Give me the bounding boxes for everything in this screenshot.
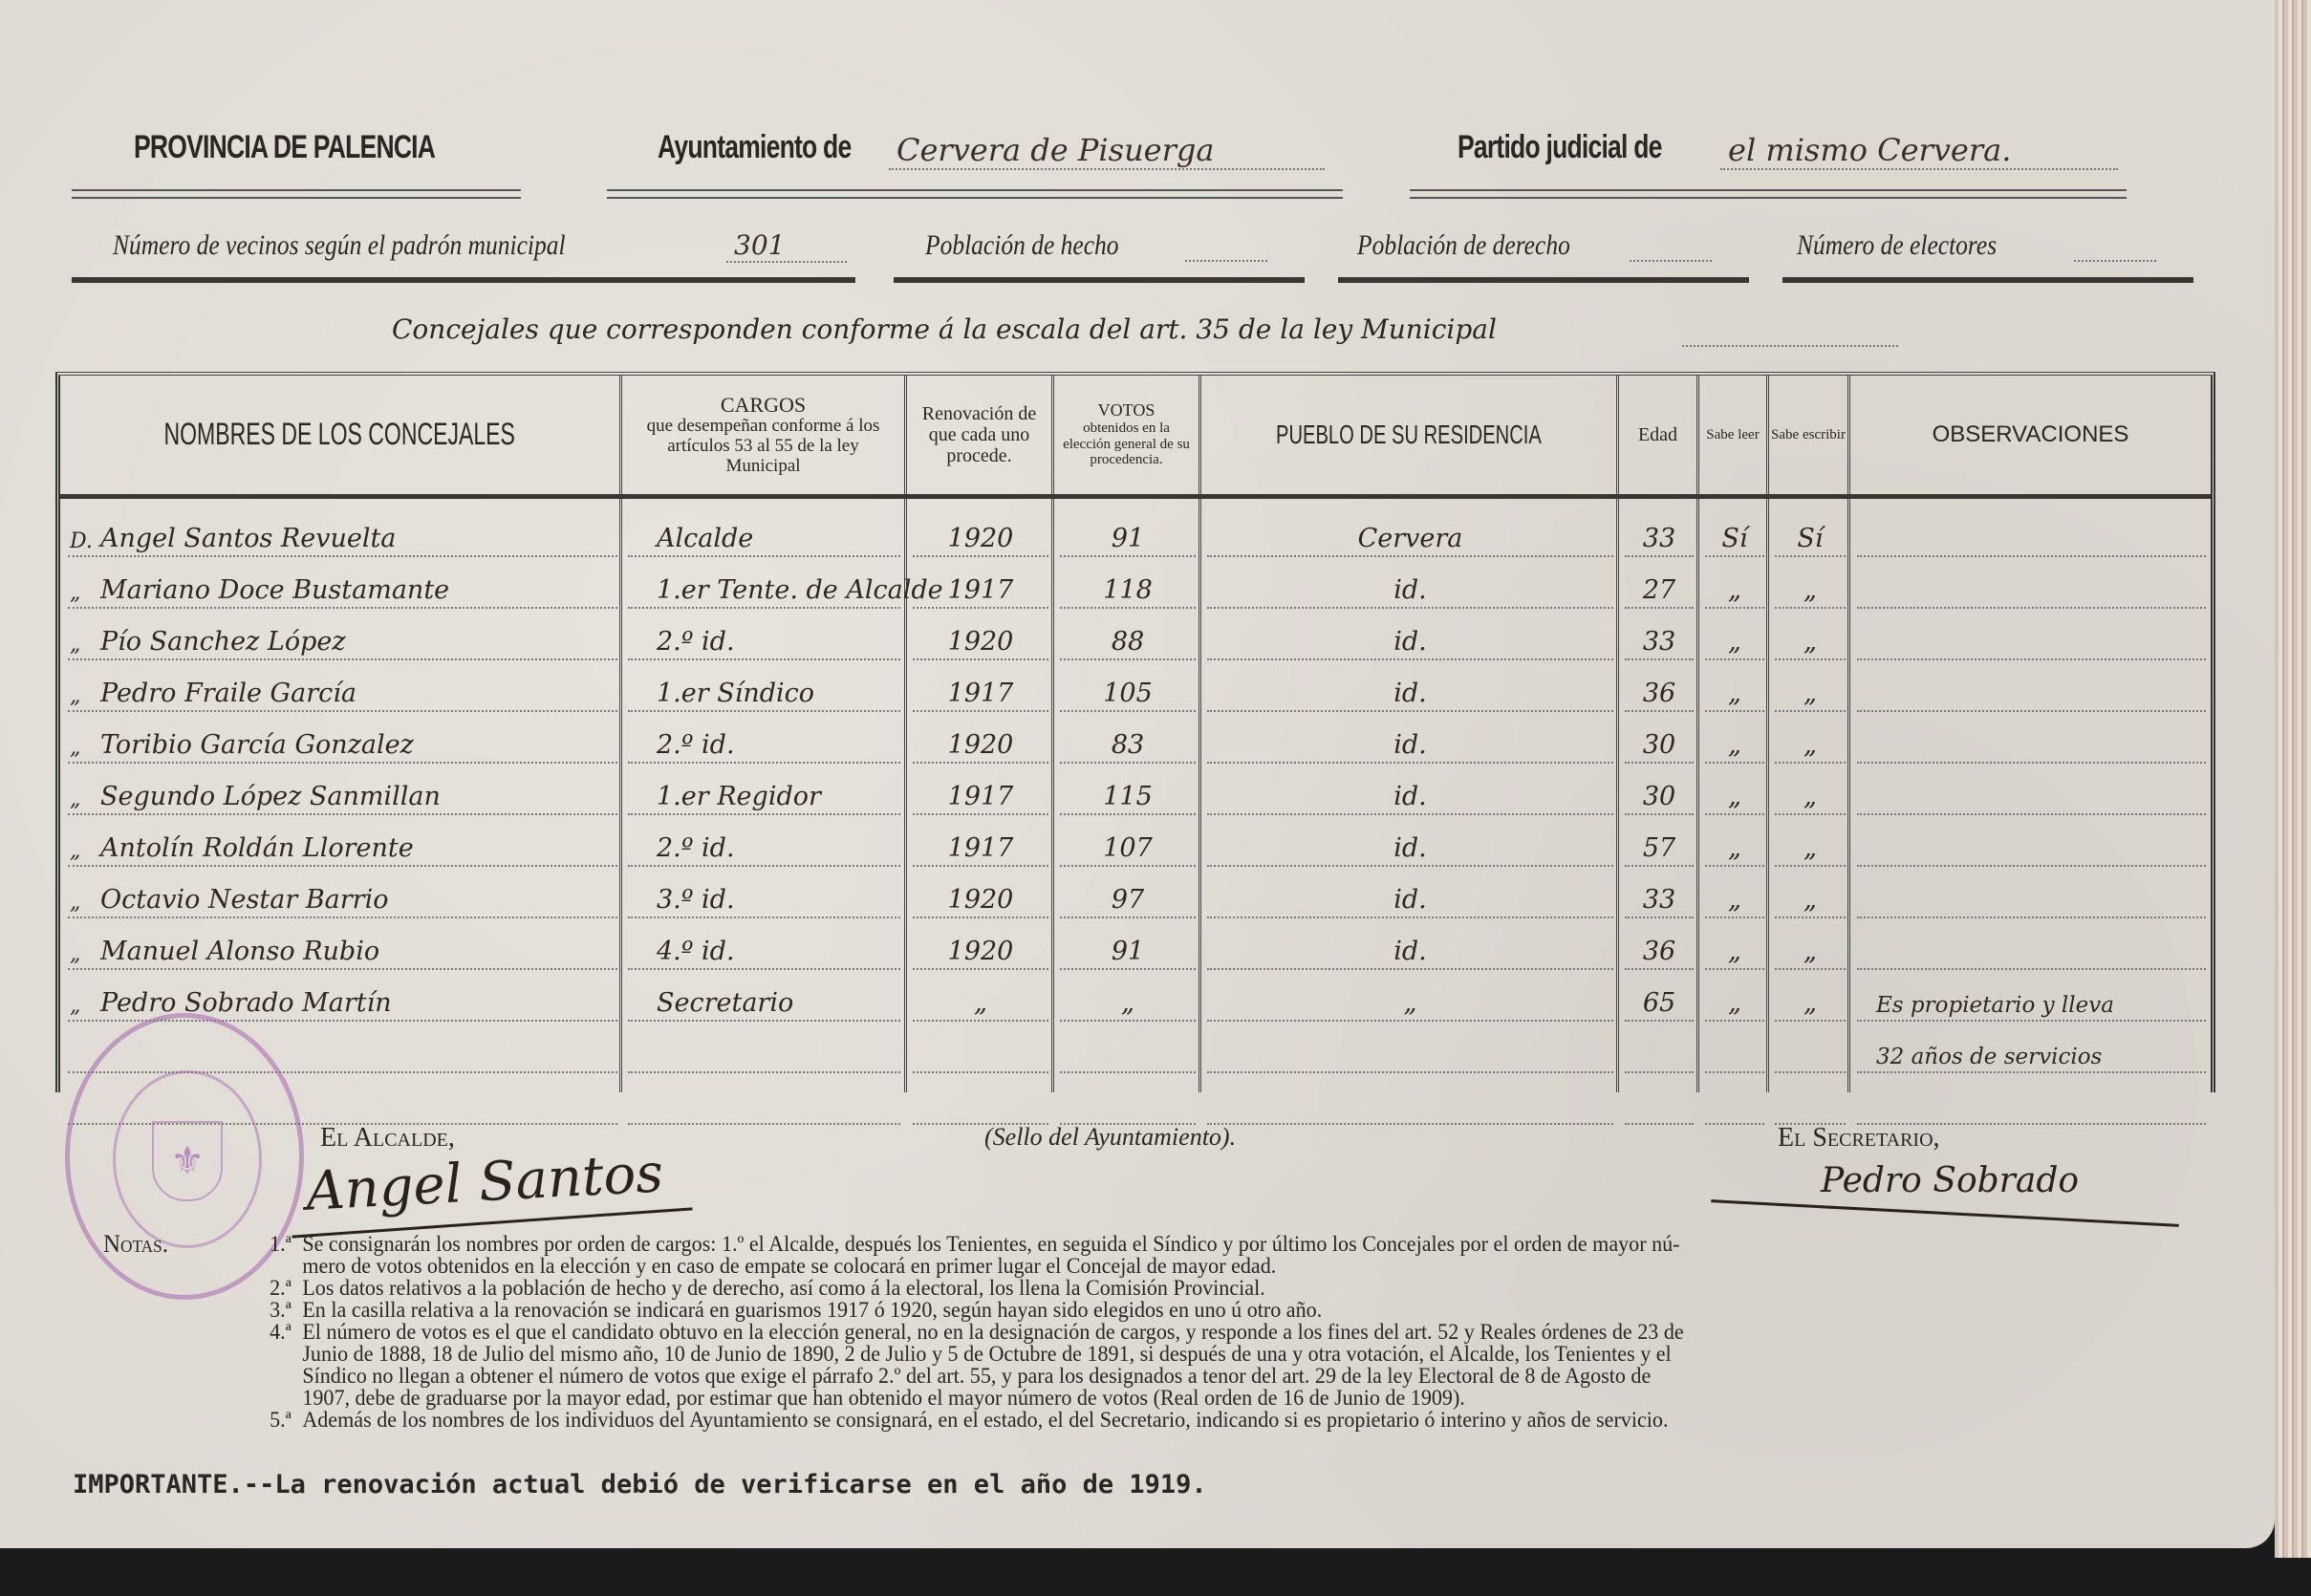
dotted-rule: [1857, 968, 2206, 970]
note-line: 5.ªAdemás de los nombres de los individu…: [103, 1409, 2122, 1431]
cell-leer: „: [1705, 937, 1764, 966]
header-sabe-leer: Sabe leer: [1699, 376, 1766, 494]
note-line: 2.ªLos datos relativos a la población de…: [103, 1277, 2122, 1299]
table-row: „Toribio García Gonzalez2.º id.192083id.…: [60, 716, 2211, 767]
dotted-rule: [628, 813, 900, 815]
dotted-rule: [1775, 607, 1846, 609]
table-row: „Mariano Doce Bustamante1.er Tente. de A…: [60, 561, 2211, 613]
dotted-rule: [913, 865, 1048, 867]
name-prefix: „: [70, 787, 80, 811]
poblacion-hecho-value: [1185, 250, 1267, 262]
cell-escribir: Sí: [1775, 524, 1846, 553]
cell-nombre: Octavio Nestar Barrio: [100, 885, 388, 915]
note-number: 3.ª: [227, 1299, 303, 1321]
cell-cargo: Alcalde: [657, 524, 753, 553]
dotted-rule: [913, 917, 1048, 918]
name-prefix: „: [70, 633, 80, 657]
cell-leer: „: [1705, 730, 1764, 760]
partido-judicial-value: el mismo Cervera.: [1720, 132, 2118, 170]
concejales-table: NOMBRES DE LOS CONCEJALES CARGOS que des…: [55, 372, 2215, 1092]
note-text: Los datos relativos a la población de he…: [302, 1277, 2122, 1299]
dotted-rule: [1060, 968, 1196, 970]
cell-escribir: „: [1775, 575, 1846, 605]
header-label: Renovación de que cada uno procede.: [907, 403, 1051, 466]
cell-edad: 36: [1625, 679, 1694, 708]
cell-cargo: 2.º id.: [657, 627, 735, 657]
alcalde-signature: Angel Santos: [305, 1142, 665, 1222]
cell-escribir: „: [1775, 885, 1846, 915]
dotted-rule: [1775, 555, 1846, 557]
electores-label: Número de electores: [1797, 229, 1997, 262]
header-label: obtenidos en la elección general de su p…: [1054, 421, 1199, 468]
cell-observaciones: 32 años de servicios: [1876, 1045, 2102, 1069]
dotted-rule: [913, 607, 1048, 609]
dotted-rule: [628, 1071, 900, 1073]
dotted-rule: [1775, 710, 1846, 712]
divider: [607, 189, 1343, 199]
document-page: PROVINCIA DE PALENCIA Ayuntamiento de Ce…: [0, 0, 2275, 1548]
dotted-rule: [1207, 658, 1613, 660]
dotted-rule: [1207, 607, 1613, 609]
dotted-rule: [913, 658, 1048, 660]
dotted-rule: [1625, 555, 1694, 557]
cell-leer: „: [1705, 833, 1764, 863]
dotted-rule: [1060, 710, 1196, 712]
dotted-rule: [1625, 968, 1694, 970]
dotted-rule: [1207, 1123, 1613, 1125]
divider: [1782, 277, 2193, 283]
province-title: PROVINCIA DE PALENCIA: [134, 129, 435, 166]
dotted-rule: [628, 1123, 900, 1125]
cell-escribir: „: [1775, 833, 1846, 863]
dotted-rule: [1060, 607, 1196, 609]
dotted-rule: [913, 710, 1048, 712]
vecinos-label: Número de vecinos según el padrón munici…: [113, 229, 566, 262]
dotted-rule: [1705, 762, 1764, 764]
dotted-rule: [1060, 1071, 1196, 1073]
partido-judicial-label: Partido judicial de: [1458, 129, 1662, 166]
header-label: NOMBRES DE LOS CONCEJALES: [164, 418, 515, 451]
dotted-rule: [1207, 1071, 1613, 1073]
concejales-value: [1682, 339, 1898, 347]
dotted-rule: [1775, 813, 1846, 815]
cell-leer: „: [1705, 575, 1764, 605]
cell-votos: 88: [1060, 627, 1196, 657]
cell-renovacion: 1917: [913, 679, 1048, 708]
header-label: que desempeñan conforme á los artículos …: [622, 417, 904, 477]
dotted-rule: [1705, 865, 1764, 867]
dotted-rule: [1857, 555, 2206, 557]
header-sabe-escribir: Sabe escribir: [1769, 376, 1847, 494]
dotted-rule: [1625, 710, 1694, 712]
dotted-rule: [1775, 762, 1846, 764]
table-row: „Segundo López Sanmillan1.er Regidor1917…: [60, 767, 2211, 819]
name-prefix: „: [70, 942, 80, 966]
dotted-rule: [1060, 658, 1196, 660]
poblacion-derecho-value: [1630, 250, 1712, 262]
header-cargos: CARGOS que desempeñan conforme á los art…: [622, 376, 904, 494]
name-prefix: „: [70, 994, 80, 1018]
cell-votos: „: [1060, 988, 1196, 1018]
cell-nombre: Pedro Sobrado Martín: [100, 988, 392, 1018]
header-pueblo: PUEBLO DE SU RESIDENCIA: [1201, 376, 1616, 494]
dotted-rule: [913, 968, 1048, 970]
header-label: Sabe escribir: [1771, 427, 1846, 443]
notes-prefix: Notas.: [103, 1233, 227, 1255]
cell-leer: „: [1705, 782, 1764, 811]
cell-votos: 91: [1060, 937, 1196, 966]
stamp-inner-ring: ⚜: [113, 1070, 262, 1248]
name-prefix: D.: [70, 529, 93, 553]
dotted-rule: [1060, 813, 1196, 815]
dotted-rule: [1705, 607, 1764, 609]
table-row: „Pío Sanchez López2.º id.192088id.33„„: [60, 613, 2211, 664]
dotted-rule: [628, 1020, 900, 1022]
notes-section: Notas.1.ªSe consignarán los nombres por …: [103, 1233, 2122, 1431]
dotted-rule: [628, 762, 900, 764]
cell-cargo: 1.er Tente. de Alcalde: [657, 575, 943, 605]
dotted-rule: [1625, 1020, 1694, 1022]
important-notice: IMPORTANTE.--La renovación actual debió …: [73, 1470, 1207, 1499]
note-line: 1907, debe de graduarse por la mayor eda…: [103, 1387, 2122, 1409]
cell-escribir: „: [1775, 782, 1846, 811]
ayuntamiento-label: Ayuntamiento de: [658, 129, 851, 166]
cell-leer: „: [1705, 988, 1764, 1018]
dotted-rule: [628, 710, 900, 712]
cell-renovacion: 1920: [913, 627, 1048, 657]
cell-nombre: Mariano Doce Bustamante: [100, 575, 449, 605]
cell-pueblo: id.: [1207, 679, 1613, 708]
cell-votos: 83: [1060, 730, 1196, 760]
cell-pueblo: id.: [1207, 833, 1613, 863]
cell-votos: 105: [1060, 679, 1196, 708]
note-text: Se consignarán los nombres por orden de …: [302, 1233, 2122, 1255]
dotted-rule: [68, 968, 617, 970]
note-text: mero de votos obtenidos en la elección y…: [302, 1255, 2122, 1277]
dotted-rule: [1060, 762, 1196, 764]
cell-renovacion: 1920: [913, 885, 1048, 915]
header-edad: Edad: [1619, 376, 1696, 494]
dotted-rule: [1705, 710, 1764, 712]
name-prefix: „: [70, 581, 80, 605]
cell-nombre: Angel Santos Revuelta: [100, 524, 396, 553]
dotted-rule: [628, 917, 900, 918]
cell-leer: Sí: [1705, 524, 1764, 553]
dotted-rule: [68, 917, 617, 918]
dotted-rule: [1705, 917, 1764, 918]
cell-edad: 33: [1625, 627, 1694, 657]
cell-renovacion: 1917: [913, 833, 1048, 863]
table-row: „Antolín Roldán Llorente2.º id.1917107id…: [60, 819, 2211, 871]
dotted-rule: [1060, 1020, 1196, 1022]
cell-escribir: „: [1775, 679, 1846, 708]
secretario-label: El Secretario,: [1778, 1123, 1940, 1154]
dotted-rule: [1775, 1071, 1846, 1073]
dotted-rule: [628, 865, 900, 867]
cell-pueblo: id.: [1207, 937, 1613, 966]
dotted-rule: [913, 813, 1048, 815]
note-line: 3.ªEn la casilla relativa a la renovació…: [103, 1299, 2122, 1321]
ayuntamiento-value: Cervera de Pisuerga: [889, 132, 1325, 170]
header-label: OBSERVACIONES: [1933, 422, 2129, 447]
dotted-rule: [1625, 1071, 1694, 1073]
name-prefix: „: [70, 839, 80, 863]
header-renovacion: Renovación de que cada uno procede.: [907, 376, 1051, 494]
dotted-rule: [1857, 1071, 2206, 1073]
cell-renovacion: „: [913, 988, 1048, 1018]
cell-cargo: 2.º id.: [657, 833, 735, 863]
table-row: D.Angel Santos RevueltaAlcalde192091Cerv…: [60, 509, 2211, 561]
header-title: VOTOS: [1098, 401, 1155, 421]
name-prefix: „: [70, 684, 80, 708]
cell-leer: „: [1705, 679, 1764, 708]
cell-nombre: Manuel Alonso Rubio: [100, 937, 379, 966]
poblacion-hecho-label: Población de hecho: [925, 229, 1119, 262]
dotted-rule: [1705, 1020, 1764, 1022]
cell-observaciones: Es propietario y lleva: [1876, 993, 2114, 1018]
dotted-rule: [1857, 710, 2206, 712]
note-text: 1907, debe de graduarse por la mayor eda…: [302, 1387, 2122, 1409]
dotted-rule: [1705, 1071, 1764, 1073]
note-text: Junio de 1888, 18 de Julio del mismo año…: [302, 1343, 2122, 1365]
dotted-rule: [628, 607, 900, 609]
dotted-rule: [1207, 813, 1613, 815]
cell-edad: 36: [1625, 937, 1694, 966]
note-line: Notas.1.ªSe consignarán los nombres por …: [103, 1233, 2122, 1255]
signature-flourish: [1711, 1199, 2178, 1227]
note-line: Síndico no llegan a obtener el número de…: [103, 1365, 2122, 1387]
note-line: mero de votos obtenidos en la elección y…: [103, 1255, 2122, 1277]
dotted-rule: [1775, 1020, 1846, 1022]
cell-renovacion: 1920: [913, 730, 1048, 760]
header-label: Sabe leer: [1706, 427, 1759, 443]
dotted-rule: [1625, 762, 1694, 764]
table-row: „Octavio Nestar Barrio3.º id.192097id.33…: [60, 871, 2211, 922]
dotted-rule: [1775, 658, 1846, 660]
notes-prefix: [103, 1277, 227, 1299]
poblacion-derecho-label: Población de derecho: [1357, 229, 1570, 262]
dotted-rule: [1857, 1020, 2206, 1022]
note-line: 4.ªEl número de votos es el que el candi…: [103, 1321, 2122, 1343]
dotted-rule: [68, 865, 617, 867]
dotted-rule: [913, 762, 1048, 764]
divider: [72, 277, 855, 283]
note-line: Junio de 1888, 18 de Julio del mismo año…: [103, 1343, 2122, 1365]
cell-votos: 115: [1060, 782, 1196, 811]
header-nombres: NOMBRES DE LOS CONCEJALES: [60, 376, 619, 494]
cell-votos: 97: [1060, 885, 1196, 915]
cell-nombre: Antolín Roldán Llorente: [100, 833, 414, 863]
dotted-rule: [68, 658, 617, 660]
cell-pueblo: id.: [1207, 885, 1613, 915]
dotted-rule: [1705, 555, 1764, 557]
cell-escribir: „: [1775, 988, 1846, 1018]
dotted-rule: [68, 607, 617, 609]
cell-edad: 33: [1625, 524, 1694, 553]
electores-value: [2074, 250, 2156, 262]
dotted-rule: [1625, 917, 1694, 918]
header-rule: [60, 494, 2211, 499]
dotted-rule: [1625, 1123, 1694, 1125]
table-row: 32 años de servicios: [60, 1025, 2211, 1077]
dotted-rule: [1625, 813, 1694, 815]
note-text: El número de votos es el que el candidat…: [302, 1321, 2122, 1343]
note-text: Síndico no llegan a obtener el número de…: [302, 1365, 2122, 1387]
dotted-rule: [1857, 607, 2206, 609]
cell-renovacion: 1917: [913, 575, 1048, 605]
cell-cargo: Secretario: [657, 988, 793, 1018]
table-row: [60, 1077, 2211, 1129]
sello-label: (Sello del Ayuntamiento).: [984, 1123, 1236, 1152]
cell-edad: 33: [1625, 885, 1694, 915]
dotted-rule: [1625, 865, 1694, 867]
cell-pueblo: Cervera: [1207, 524, 1613, 553]
dotted-rule: [1207, 710, 1613, 712]
dotted-rule: [1625, 607, 1694, 609]
notes-prefix: [103, 1409, 227, 1431]
divider: [72, 189, 521, 199]
dotted-rule: [628, 968, 900, 970]
cell-nombre: Pedro Fraile García: [100, 679, 356, 708]
cell-pueblo: id.: [1207, 575, 1613, 605]
cell-nombre: Pío Sanchez López: [100, 627, 346, 657]
header-label: PUEBLO DE SU RESIDENCIA: [1276, 421, 1542, 450]
cell-pueblo: id.: [1207, 730, 1613, 760]
dotted-rule: [1207, 968, 1613, 970]
dotted-rule: [1207, 865, 1613, 867]
note-text: En la casilla relativa a la renovación s…: [302, 1299, 2122, 1321]
dotted-rule: [1207, 1020, 1613, 1022]
cell-votos: 118: [1060, 575, 1196, 605]
dotted-rule: [1857, 865, 2206, 867]
cell-cargo: 4.º id.: [657, 937, 735, 966]
dotted-rule: [1060, 865, 1196, 867]
dotted-rule: [1060, 555, 1196, 557]
dotted-rule: [68, 762, 617, 764]
dotted-rule: [1857, 762, 2206, 764]
dotted-rule: [628, 555, 900, 557]
cell-nombre: Toribio García Gonzalez: [100, 730, 414, 760]
cell-leer: „: [1705, 627, 1764, 657]
cell-leer: „: [1705, 885, 1764, 915]
dotted-rule: [1705, 658, 1764, 660]
dotted-rule: [1705, 1123, 1764, 1125]
alcalde-label: El Alcalde,: [320, 1123, 455, 1154]
cell-cargo: 1.er Síndico: [657, 679, 814, 708]
vecinos-value: 301: [726, 229, 847, 263]
cell-cargo: 1.er Regidor: [657, 782, 821, 811]
concejales-line: Concejales que corresponden conforme á l…: [392, 313, 1497, 345]
cell-pueblo: id.: [1207, 627, 1613, 657]
dotted-rule: [1625, 658, 1694, 660]
divider: [1338, 277, 1749, 283]
cell-escribir: „: [1775, 730, 1846, 760]
dotted-rule: [1207, 555, 1613, 557]
cell-edad: 65: [1625, 988, 1694, 1018]
cell-escribir: „: [1775, 937, 1846, 966]
cell-cargo: 3.º id.: [657, 885, 735, 915]
dotted-rule: [68, 710, 617, 712]
cell-votos: 91: [1060, 524, 1196, 553]
note-number: 5.ª: [227, 1409, 303, 1431]
dotted-rule: [1775, 917, 1846, 918]
dotted-rule: [1857, 917, 2206, 918]
dotted-rule: [1705, 813, 1764, 815]
cell-edad: 30: [1625, 730, 1694, 760]
dotted-rule: [1857, 813, 2206, 815]
notes-prefix: [103, 1321, 227, 1343]
table-row: „Manuel Alonso Rubio4.º id.192091id.36„„: [60, 922, 2211, 974]
dotted-rule: [913, 1071, 1048, 1073]
cell-renovacion: 1920: [913, 937, 1048, 966]
divider: [1410, 189, 2127, 199]
cell-edad: 30: [1625, 782, 1694, 811]
cell-edad: 27: [1625, 575, 1694, 605]
name-prefix: „: [70, 891, 80, 915]
cell-escribir: „: [1775, 627, 1846, 657]
header-label: Edad: [1638, 424, 1677, 445]
note-number: 4.ª: [227, 1321, 303, 1343]
dotted-rule: [1775, 865, 1846, 867]
header-title: CARGOS: [721, 394, 806, 417]
cell-renovacion: 1920: [913, 524, 1048, 553]
header-observaciones: OBSERVACIONES: [1850, 376, 2211, 494]
dotted-rule: [913, 1020, 1048, 1022]
dotted-rule: [68, 555, 617, 557]
dotted-rule: [1705, 968, 1764, 970]
cell-votos: 107: [1060, 833, 1196, 863]
book-page-edge: [2275, 0, 2311, 1558]
cell-renovacion: 1917: [913, 782, 1048, 811]
note-number: 2.ª: [227, 1277, 303, 1299]
dotted-rule: [1775, 968, 1846, 970]
note-text: Además de los nombres de los individuos …: [302, 1409, 2122, 1431]
table-row: „Pedro Fraile García1.er Síndico1917105i…: [60, 664, 2211, 716]
header-votos: VOTOS obtenidos en la elección general d…: [1054, 376, 1199, 494]
dotted-rule: [628, 658, 900, 660]
notes-prefix: [103, 1299, 227, 1321]
table-row: „Pedro Sobrado MartínSecretario„„„65„„Es…: [60, 974, 2211, 1025]
divider: [894, 277, 1305, 283]
cell-pueblo: id.: [1207, 782, 1613, 811]
cell-cargo: 2.º id.: [657, 730, 735, 760]
secretario-signature: Pedro Sobrado: [1821, 1161, 2079, 1200]
cell-nombre: Segundo López Sanmillan: [100, 782, 441, 811]
dotted-rule: [1207, 917, 1613, 918]
dotted-rule: [1060, 917, 1196, 918]
dotted-rule: [913, 555, 1048, 557]
coat-of-arms-icon: ⚜: [152, 1121, 223, 1201]
cell-pueblo: „: [1207, 988, 1613, 1018]
dotted-rule: [68, 813, 617, 815]
name-prefix: „: [70, 736, 80, 760]
cell-edad: 57: [1625, 833, 1694, 863]
dotted-rule: [1857, 658, 2206, 660]
dotted-rule: [1207, 762, 1613, 764]
note-number: 1.ª: [227, 1233, 303, 1255]
